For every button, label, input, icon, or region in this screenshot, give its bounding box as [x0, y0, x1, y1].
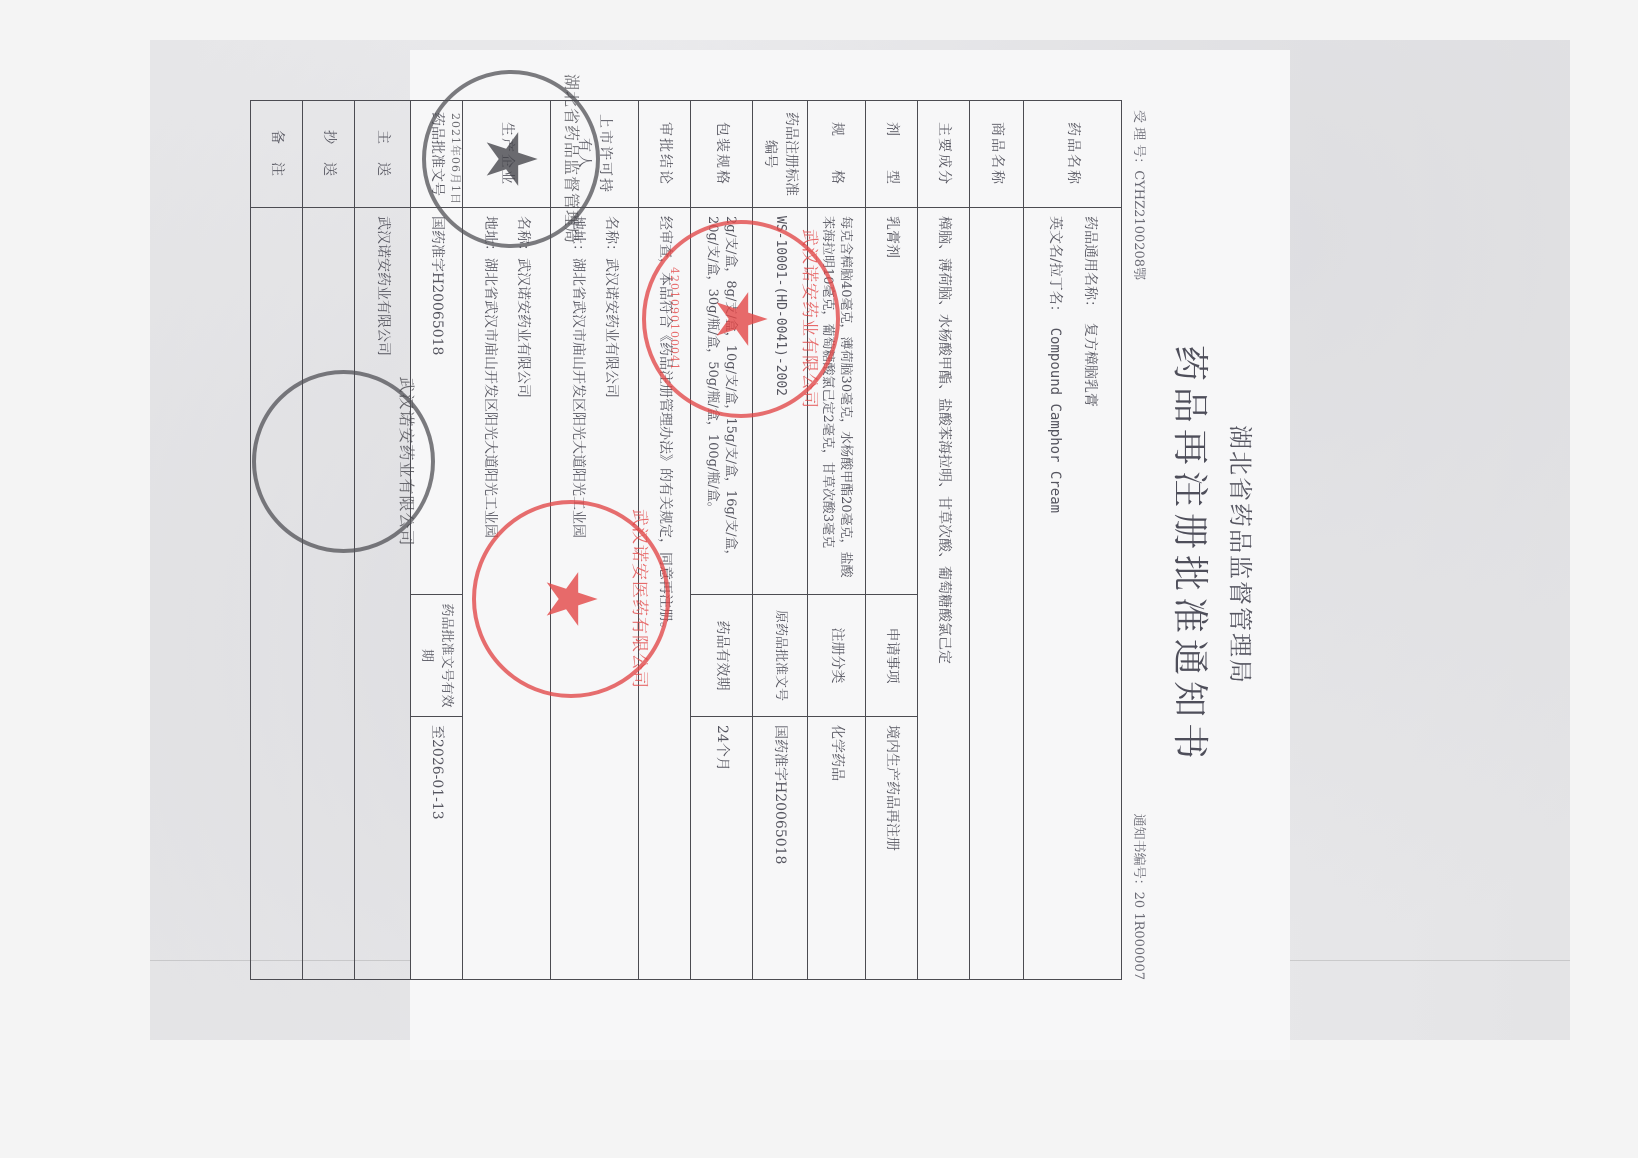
value-conclusion: 经审查，本品符合《药品注册管理办法》的有关规定，同意再注册。: [639, 208, 691, 980]
label-sent-to: 主 送: [355, 101, 411, 208]
manufacturer-name: 名称：武汉诺安药业有限公司: [513, 216, 534, 971]
acceptance-number: 受 理 号：CYHZ2100208鄂: [1131, 110, 1150, 280]
label-mah: 上市许可持有人: [551, 101, 639, 208]
row-packaging: 包装规格 2g/支/盒，8g/支/盒，10g/支/盒，15g/支/盒，16g/支…: [691, 101, 753, 980]
row-standard-no: 药品注册标准编号 WS-10001-(HD-0041)-2002 原药品批准文号…: [753, 101, 808, 980]
row-manufacturer: 生产企业 名称：武汉诺安药业有限公司 地址：湖北省武汉市庙山开发区阳光大道阳光工…: [463, 101, 551, 980]
row-approval-no: 药品批准文号 国药准字H20065018 药品批准文号有效期 至2026-01-…: [411, 101, 463, 980]
registration-form-table: 药品名称 药品通用名称： 复方樟脑乳膏 英文名/拉丁名： Compound Ca…: [250, 100, 1122, 980]
value-original-approval-no: 国药准字H20065018: [753, 717, 808, 980]
row-cc: 抄 送: [303, 101, 355, 980]
row-remarks: 备 注: [251, 101, 303, 980]
row-conclusion: 审批结论 经审查，本品符合《药品注册管理办法》的有关规定，同意再注册。: [639, 101, 691, 980]
value-approval-no: 国药准字H20065018: [411, 208, 463, 595]
label-registration-class: 注册分类: [808, 595, 866, 717]
issuing-agency: 湖北省药品监督管理局: [1225, 50, 1260, 1060]
row-dosage-form: 剂 型 乳膏剂 申请事项 境内生产药品再注册: [866, 101, 918, 980]
value-remarks: [251, 208, 303, 980]
label-packaging: 包装规格: [691, 101, 753, 208]
label-manufacturer: 生产企业: [463, 101, 551, 208]
label-trade-name: 商品名称: [970, 101, 1024, 208]
value-specification: 每克含樟脑40毫克，薄荷脑30毫克，水杨酸甲酯20毫克，盐酸苯海拉明10毫克，葡…: [808, 208, 866, 595]
label-specification: 规 格: [808, 101, 866, 208]
approval-notice-page: 湖北省药品监督管理局 药品再注册批准通知书 受 理 号：CYHZ2100208鄂…: [410, 50, 1290, 1060]
mah-name: 名称：武汉诺安药业有限公司: [601, 216, 622, 971]
mah-address: 地址：湖北省武汉市庙山开发区阳光大道阳光工业园: [568, 216, 589, 971]
value-dosage-form: 乳膏剂: [866, 208, 918, 595]
label-dosage-form: 剂 型: [866, 101, 918, 208]
english-name: 英文名/拉丁名： Compound Camphor Cream: [1045, 216, 1066, 971]
label-remarks: 备 注: [251, 101, 303, 208]
value-registration-class: 化学药品: [808, 717, 866, 980]
value-application-item: 境内生产药品再注册: [866, 717, 918, 980]
row-mah: 上市许可持有人 名称：武汉诺安药业有限公司 地址：湖北省武汉市庙山开发区阳光大道…: [551, 101, 639, 980]
value-standard-no: WS-10001-(HD-0041)-2002: [753, 208, 808, 595]
label-application-item: 申请事项: [866, 595, 918, 717]
label-shelf-life: 药品有效期: [691, 595, 753, 717]
label-original-approval-no: 原药品批准文号: [753, 595, 808, 717]
row-sent-to: 主 送 武汉诺安药业有限公司: [355, 101, 411, 980]
label-standard-no: 药品注册标准编号: [753, 101, 808, 208]
row-drug-name: 药品名称 药品通用名称： 复方樟脑乳膏 英文名/拉丁名： Compound Ca…: [1024, 101, 1122, 980]
value-ingredients: 樟脑、薄荷脑、水杨酸甲酯、盐酸苯海拉明、甘草次酸、葡萄糖酸氯己定: [918, 208, 970, 980]
row-trade-name: 商品名称: [970, 101, 1024, 980]
manufacturer-address: 地址：湖北省武汉市庙山开发区阳光大道阳光工业园: [480, 216, 501, 971]
notice-number: 通知书编号：20 1R000007: [1131, 814, 1150, 980]
row-ingredients: 主要成分 樟脑、薄荷脑、水杨酸甲酯、盐酸苯海拉明、甘草次酸、葡萄糖酸氯己定: [918, 101, 970, 980]
label-drug-name: 药品名称: [1024, 101, 1122, 208]
label-conclusion: 审批结论: [639, 101, 691, 208]
value-cc: [303, 208, 355, 980]
label-approval-validity: 药品批准文号有效期: [411, 595, 463, 717]
label-ingredients: 主要成分: [918, 101, 970, 208]
document-title: 药品再注册批准通知书: [1167, 50, 1218, 1060]
label-cc: 抄 送: [303, 101, 355, 208]
generic-name: 药品通用名称： 复方樟脑乳膏: [1080, 216, 1101, 971]
row-specification: 规 格 每克含樟脑40毫克，薄荷脑30毫克，水杨酸甲酯20毫克，盐酸苯海拉明10…: [808, 101, 866, 980]
value-trade-name: [970, 208, 1024, 980]
label-approval-no: 药品批准文号: [411, 101, 463, 208]
value-sent-to: 武汉诺安药业有限公司: [355, 208, 411, 980]
value-shelf-life: 24个月: [691, 717, 753, 980]
value-packaging: 2g/支/盒，8g/支/盒，10g/支/盒，15g/支/盒，16g/支/盒，20…: [691, 208, 753, 595]
value-approval-validity: 至2026-01-13: [411, 717, 463, 980]
